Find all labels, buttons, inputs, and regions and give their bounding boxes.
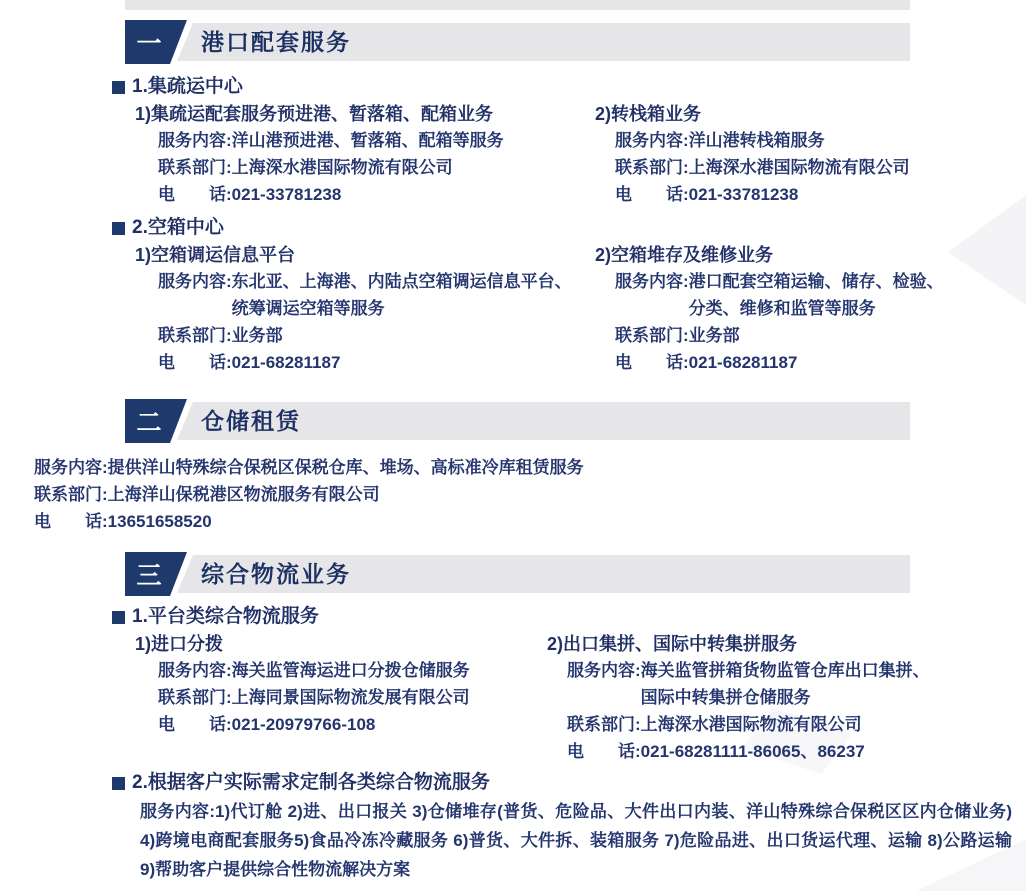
section-number-badge: 一 xyxy=(125,20,187,64)
detail-label: 电 话: xyxy=(158,711,232,738)
detail-label: 服务内容: xyxy=(158,268,232,322)
section-title: 港口配套服务 xyxy=(201,23,351,61)
service-item: 2)出口集拼、国际中转集拼服务 服务内容: 海关监管拼箱货物监管仓库出口集拼、 … xyxy=(547,629,1012,765)
two-column-block: 1)空箱调运信息平台 服务内容: 东北亚、上海港、内陆点空箱调运信息平台、 统筹… xyxy=(112,240,1012,376)
section-number-badge: 二 xyxy=(125,399,187,443)
service-item-title: 2)转栈箱业务 xyxy=(595,101,1012,127)
detail-row: 联系部门: 上海深水港国际物流有限公司 xyxy=(567,711,1012,738)
detail-row: 服务内容: 洋山港转栈箱服务 xyxy=(615,127,1012,154)
service-item: 2)转栈箱业务 服务内容: 洋山港转栈箱服务 联系部门: 上海深水港国际物流有限… xyxy=(595,99,1012,208)
service-detail-rows: 服务内容: 海关监管海运进口分拨仓储服务 联系部门: 上海同景国际物流发展有限公… xyxy=(158,657,547,738)
service-detail-rows: 服务内容: 港口配套空箱运输、储存、检验、 分类、维修和监管等服务 联系部门: … xyxy=(615,268,1012,376)
phone-value: 021-33781238 xyxy=(232,181,342,208)
service-item-title: 1)空箱调运信息平台 xyxy=(135,242,595,268)
detail-label: 服务内容: xyxy=(34,454,108,481)
two-column-block: 1)集疏运配套服务预进港、暂落箱、配箱业务 服务内容: 洋山港预进港、暂落箱、配… xyxy=(112,99,1012,208)
detail-row: 电 话: 13651658520 xyxy=(34,508,1026,535)
phone-value: 021-68281111-86065、86237 xyxy=(641,738,865,765)
detail-label: 联系部门: xyxy=(615,154,689,181)
detail-label: 电 话: xyxy=(615,349,689,376)
group-heading-label: 2.根据客户实际需求定制各类综合物流服务 xyxy=(132,771,490,795)
detail-label: 联系部门: xyxy=(158,154,232,181)
service-detail-rows: 服务内容: 东北亚、上海港、内陆点空箱调运信息平台、 统筹调运空箱等服务 联系部… xyxy=(158,268,595,376)
detail-label: 电 话: xyxy=(615,181,689,208)
group-heading-shuyun: 1.集疏运中心 xyxy=(112,75,1026,99)
service-item: 2)空箱堆存及维修业务 服务内容: 港口配套空箱运输、储存、检验、 分类、维修和… xyxy=(595,240,1012,376)
detail-label: 电 话: xyxy=(567,738,641,765)
detail-row: 服务内容: 提供洋山特殊综合保税区保税仓库、堆场、高标准冷库租赁服务 xyxy=(34,454,1026,481)
detail-label: 电 话: xyxy=(158,181,232,208)
service-item-title: 1)集疏运配套服务预进港、暂落箱、配箱业务 xyxy=(135,101,595,127)
bullet-square-icon xyxy=(112,611,125,624)
detail-value: 港口配套空箱运输、储存、检验、 分类、维修和监管等服务 xyxy=(689,268,944,322)
service-detail-rows: 服务内容: 洋山港预进港、暂落箱、配箱等服务 联系部门: 上海深水港国际物流有限… xyxy=(158,127,595,208)
detail-value: 业务部 xyxy=(232,322,283,349)
detail-value: 上海洋山保税港区物流服务有限公司 xyxy=(108,481,380,508)
detail-label: 电 话: xyxy=(158,349,232,376)
phone-value: 021-33781238 xyxy=(689,181,799,208)
detail-row: 服务内容: 洋山港预进港、暂落箱、配箱等服务 xyxy=(158,127,595,154)
detail-row: 电 话: 021-68281187 xyxy=(158,349,595,376)
service-detail-rows: 服务内容: 海关监管拼箱货物监管仓库出口集拼、 国际中转集拼仓储服务 联系部门:… xyxy=(567,657,1012,765)
custom-services-paragraph: 服务内容:1)代订舱 2)进、出口报关 3)仓储堆存(普货、危险品、大件出口内装… xyxy=(140,797,1012,884)
section-band-2: 二 仓储租赁 xyxy=(125,402,910,440)
phone-value: 13651658520 xyxy=(108,508,212,535)
section-title: 综合物流业务 xyxy=(201,555,351,593)
detail-row: 电 话: 021-68281111-86065、86237 xyxy=(567,738,1012,765)
group-heading-label: 2.空箱中心 xyxy=(132,216,224,240)
detail-value: 上海同景国际物流发展有限公司 xyxy=(232,684,470,711)
top-band-remnant xyxy=(125,0,910,10)
detail-row: 联系部门: 上海深水港国际物流有限公司 xyxy=(158,154,595,181)
detail-label: 联系部门: xyxy=(34,481,108,508)
group-heading-label: 1.平台类综合物流服务 xyxy=(132,605,319,629)
service-item: 1)集疏运配套服务预进港、暂落箱、配箱业务 服务内容: 洋山港预进港、暂落箱、配… xyxy=(112,99,595,208)
section-number: 二 xyxy=(136,403,161,439)
group-heading-label: 1.集疏运中心 xyxy=(132,75,243,99)
detail-row: 服务内容: 海关监管海运进口分拨仓储服务 xyxy=(158,657,547,684)
service-item-title: 2)空箱堆存及维修业务 xyxy=(595,242,1012,268)
section-band-1: 一 港口配套服务 xyxy=(125,23,910,61)
section-number-badge: 三 xyxy=(125,552,187,596)
detail-value: 上海深水港国际物流有限公司 xyxy=(689,154,910,181)
group-heading-kongxiang: 2.空箱中心 xyxy=(112,216,1026,240)
bullet-square-icon xyxy=(112,222,125,235)
service-item: 1)空箱调运信息平台 服务内容: 东北亚、上海港、内陆点空箱调运信息平台、 统筹… xyxy=(112,240,595,376)
detail-value: 上海深水港国际物流有限公司 xyxy=(232,154,453,181)
detail-row: 服务内容: 港口配套空箱运输、储存、检验、 分类、维修和监管等服务 xyxy=(615,268,1012,322)
phone-value: 021-68281187 xyxy=(689,349,798,376)
section-number: 三 xyxy=(136,556,161,592)
detail-row: 电 话: 021-33781238 xyxy=(158,181,595,208)
detail-row: 联系部门: 上海深水港国际物流有限公司 xyxy=(615,154,1012,181)
detail-label: 服务内容: xyxy=(615,127,689,154)
detail-label: 联系部门: xyxy=(158,684,232,711)
detail-value: 业务部 xyxy=(689,322,740,349)
phone-value: 021-20979766-108 xyxy=(232,711,376,738)
detail-row: 联系部门: 上海洋山保税港区物流服务有限公司 xyxy=(34,481,1026,508)
service-item-title: 2)出口集拼、国际中转集拼服务 xyxy=(547,631,1012,657)
detail-value: 海关监管海运进口分拨仓储服务 xyxy=(232,657,470,684)
detail-row: 电 话: 021-68281187 xyxy=(615,349,1012,376)
detail-row: 电 话: 021-33781238 xyxy=(615,181,1012,208)
section-number: 一 xyxy=(136,24,161,60)
detail-row: 电 话: 021-20979766-108 xyxy=(158,711,547,738)
detail-value: 上海深水港国际物流有限公司 xyxy=(641,711,862,738)
detail-row: 服务内容: 东北亚、上海港、内陆点空箱调运信息平台、 统筹调运空箱等服务 xyxy=(158,268,595,322)
bullet-square-icon xyxy=(112,81,125,94)
group-heading-custom: 2.根据客户实际需求定制各类综合物流服务 xyxy=(112,771,1026,795)
detail-value: 洋山港预进港、暂落箱、配箱等服务 xyxy=(232,127,504,154)
detail-value: 洋山港转栈箱服务 xyxy=(689,127,825,154)
brochure-page: 一 港口配套服务 1.集疏运中心 1)集疏运配套服务预进港、暂落箱、配箱业务 服… xyxy=(0,0,1026,891)
detail-label: 服务内容: xyxy=(615,268,689,322)
service-item: 1)进口分拨 服务内容: 海关监管海运进口分拨仓储服务 联系部门: 上海同景国际… xyxy=(112,629,547,738)
phone-value: 021-68281187 xyxy=(232,349,341,376)
detail-label: 联系部门: xyxy=(567,711,641,738)
detail-row: 联系部门: 业务部 xyxy=(615,322,1012,349)
detail-value: 东北亚、上海港、内陆点空箱调运信息平台、 统筹调运空箱等服务 xyxy=(232,268,572,322)
detail-value: 提供洋山特殊综合保税区保税仓库、堆场、高标准冷库租赁服务 xyxy=(108,454,584,481)
detail-label: 电 话: xyxy=(34,508,108,535)
detail-label: 联系部门: xyxy=(615,322,689,349)
detail-row: 联系部门: 上海同景国际物流发展有限公司 xyxy=(158,684,547,711)
page-content: 一 港口配套服务 1.集疏运中心 1)集疏运配套服务预进港、暂落箱、配箱业务 服… xyxy=(0,10,1026,884)
detail-row: 服务内容: 海关监管拼箱货物监管仓库出口集拼、 国际中转集拼仓储服务 xyxy=(567,657,1012,711)
section-band-3: 三 综合物流业务 xyxy=(125,555,910,593)
detail-label: 联系部门: xyxy=(158,322,232,349)
detail-label: 服务内容: xyxy=(158,657,232,684)
bullet-square-icon xyxy=(112,777,125,790)
service-detail-rows: 服务内容: 提供洋山特殊综合保税区保税仓库、堆场、高标准冷库租赁服务 联系部门:… xyxy=(34,454,1026,535)
detail-label: 服务内容: xyxy=(567,657,641,711)
detail-value: 海关监管拼箱货物监管仓库出口集拼、 国际中转集拼仓储服务 xyxy=(641,657,930,711)
detail-row: 联系部门: 业务部 xyxy=(158,322,595,349)
two-column-block: 1)进口分拨 服务内容: 海关监管海运进口分拨仓储服务 联系部门: 上海同景国际… xyxy=(112,629,1012,765)
service-detail-rows: 服务内容: 洋山港转栈箱服务 联系部门: 上海深水港国际物流有限公司 电 话: … xyxy=(615,127,1012,208)
detail-label: 服务内容: xyxy=(158,127,232,154)
section-title: 仓储租赁 xyxy=(201,402,301,440)
group-heading-platform: 1.平台类综合物流服务 xyxy=(112,605,1026,629)
service-item-title: 1)进口分拨 xyxy=(135,631,547,657)
